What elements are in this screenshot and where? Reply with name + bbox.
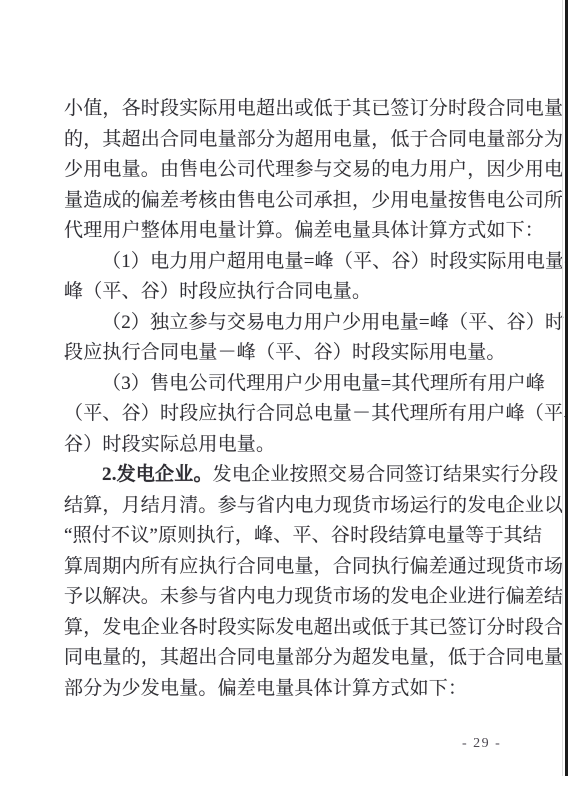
text-line: 算周期内所有应执行合同电量，合同执行偏差通过现货市场 — [64, 552, 508, 583]
text-segment: “照付不议”原则执行，峰、平、谷时段结算电量等于其结 — [64, 525, 542, 546]
text-segment: 予以解决。未参与省内电力现货市场的发电企业进行偏差结 — [64, 586, 563, 607]
text-segment: 结算，月结月清。参与省内电力现货市场运行的发电企业以 — [64, 495, 563, 516]
text-line: （2）独立参与交易电力用户少用电量=峰（平、谷）时 — [64, 308, 508, 339]
page-number: - 29 - — [462, 736, 501, 752]
text-line: （平、谷）时段应执行合同总电量－其代理所有用户峰（平、 — [64, 399, 508, 430]
document-page: 小值，各时段实际用电超出或低于其已签订分时段合同电量 的，其超出合同电量部分为超… — [0, 0, 568, 800]
text-segment: 段应执行合同电量－峰（平、谷）时段实际用电量。 — [64, 342, 506, 363]
text-line: 量造成的偏差考核由售电公司承担，少用电量按售电公司所 — [64, 186, 508, 217]
text-line: 算，发电企业各时段实际发电超出或低于其已签订分时段合 — [64, 613, 508, 644]
text-segment: 发电企业按照交易合同签订结果实行分段 — [213, 464, 559, 485]
text-segment: 少用电量。由售电公司代理参与交易的电力用户，因少用电 — [64, 159, 563, 180]
text-line: （3）售电公司代理用户少用电量=其代理所有用户峰 — [64, 369, 508, 400]
text-segment: 的，其超出合同电量部分为超用电量，低于合同电量部分为 — [64, 129, 563, 150]
text-segment: （1）电力用户超用电量=峰（平、谷）时段实际用电量- — [102, 251, 568, 272]
text-segment: 同电量的，其超出合同电量部分为超发电量，低于合同电量 — [64, 647, 563, 668]
text-line: 同电量的，其超出合同电量部分为超发电量，低于合同电量 — [64, 643, 508, 674]
text-line: “照付不议”原则执行，峰、平、谷时段结算电量等于其结 — [64, 521, 508, 552]
text-segment: 小值，各时段实际用电超出或低于其已签订分时段合同电量 — [64, 98, 563, 119]
text-segment: 部分为少发电量。偏差电量具体计算方式如下： — [64, 678, 467, 699]
text-segment: 代理用户整体用电量计算。偏差电量具体计算方式如下： — [64, 220, 544, 241]
text-segment: 峰（平、谷）时段应执行合同电量。 — [64, 281, 371, 302]
text-segment: 算周期内所有应执行合同电量，合同执行偏差通过现货市场 — [64, 556, 563, 577]
scan-edge-faint-line — [562, 0, 563, 776]
text-line: 2.发电企业。发电企业按照交易合同签订结果实行分段 — [64, 460, 508, 491]
text-line: 小值，各时段实际用电超出或低于其已签订分时段合同电量 — [64, 94, 508, 125]
text-segment: 谷）时段实际总用电量。 — [64, 434, 275, 455]
text-line: 峰（平、谷）时段应执行合同电量。 — [64, 277, 508, 308]
text-line: 部分为少发电量。偏差电量具体计算方式如下： — [64, 674, 508, 705]
text-segment: （3）售电公司代理用户少用电量=其代理所有用户峰 — [102, 373, 545, 394]
text-line: 谷）时段实际总用电量。 — [64, 430, 508, 461]
text-segment: 量造成的偏差考核由售电公司承担，少用电量按售电公司所 — [64, 190, 563, 211]
text-line: 少用电量。由售电公司代理参与交易的电力用户，因少用电 — [64, 155, 508, 186]
text-segment: 算，发电企业各时段实际发电超出或低于其已签订分时段合 — [64, 617, 563, 638]
text-line: 代理用户整体用电量计算。偏差电量具体计算方式如下： — [64, 216, 508, 247]
text-line: 的，其超出合同电量部分为超用电量，低于合同电量部分为 — [64, 125, 508, 156]
text-line: 结算，月结月清。参与省内电力现货市场运行的发电企业以 — [64, 491, 508, 522]
text-line: 段应执行合同电量－峰（平、谷）时段实际用电量。 — [64, 338, 508, 369]
text-segment: （平、谷）时段应执行合同总电量－其代理所有用户峰（平、 — [64, 403, 568, 424]
text-line: （1）电力用户超用电量=峰（平、谷）时段实际用电量- — [64, 247, 508, 278]
text-line: 予以解决。未参与省内电力现货市场的发电企业进行偏差结 — [64, 582, 508, 613]
text-segment: （2）独立参与交易电力用户少用电量=峰（平、谷）时 — [102, 312, 564, 333]
text-segment: 2.发电企业。 — [102, 464, 213, 485]
body-text: 小值，各时段实际用电超出或低于其已签订分时段合同电量 的，其超出合同电量部分为超… — [64, 94, 508, 704]
